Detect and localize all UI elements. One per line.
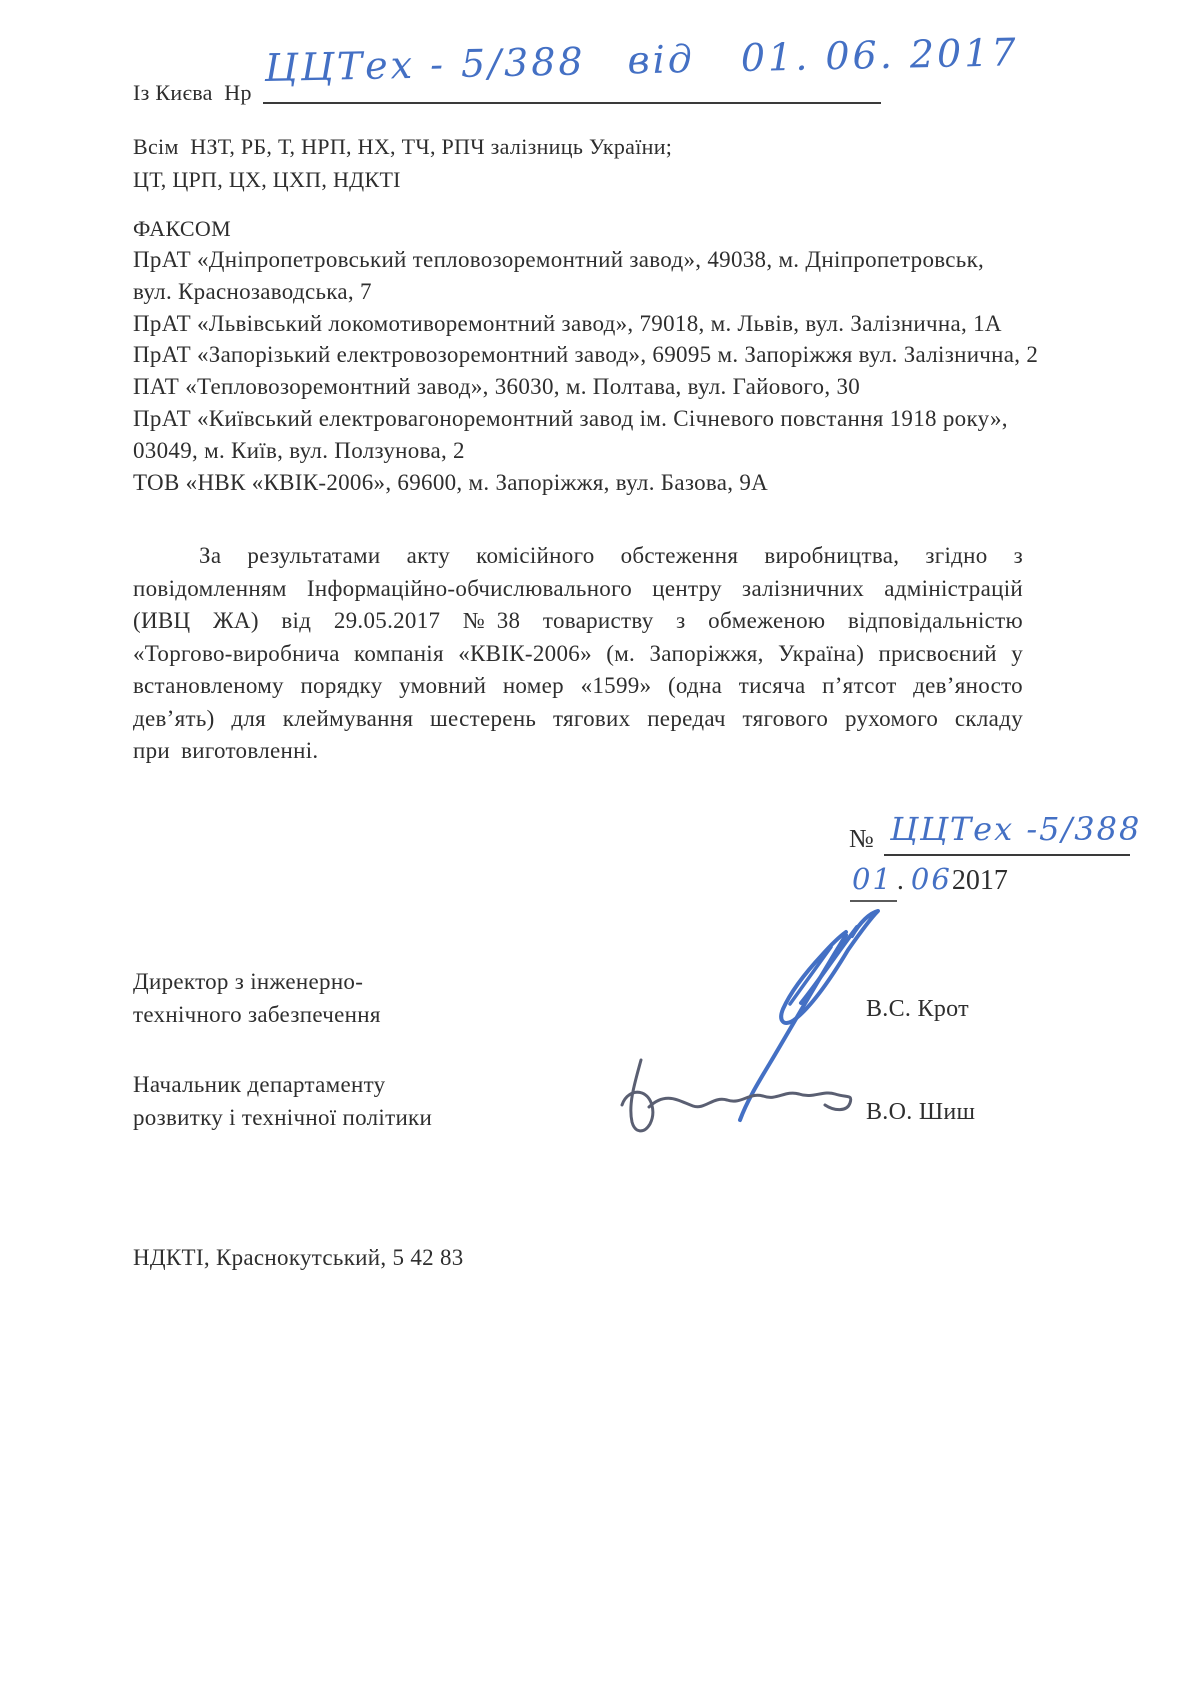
signer-1-title-line-2: технічного забезпечення	[133, 998, 381, 1031]
footer-contact: НДКТІ, Краснокутський, 5 42 83	[133, 1242, 464, 1274]
scanned-letter-page: Із Києва Нр ЦЦТех - 5/388від01. 06. 2017…	[0, 0, 1200, 1698]
addressee-line: вул. Краснозаводська, 7	[133, 276, 1038, 308]
addressee-line: ТОВ «НВК «КВІК-2006», 69600, м. Запоріжж…	[133, 467, 1038, 499]
krot-signature-stroke	[801, 927, 857, 1003]
addressee-line: 03049, м. Київ, вул. Ползунова, 2	[133, 435, 1038, 467]
hand-gap-2	[695, 71, 741, 72]
date-separator: .	[897, 865, 911, 896]
signer-1-name: В.С. Крот	[866, 996, 969, 1023]
date-line: 01. 062017	[850, 862, 1008, 902]
origin-from-label: Із Києва Нр	[133, 76, 252, 109]
addressee-line: ПрАТ «Львівський локомотиворемонтний зав…	[133, 308, 1038, 340]
addressee-line: ПрАТ «Дніпропетровський тепловозоремонтн…	[133, 244, 1038, 276]
handwritten-ref-number: ЦЦТех - 5/388	[264, 39, 586, 90]
shysh-signature	[622, 1060, 851, 1131]
hand-gap-1	[586, 73, 628, 74]
number-underline	[884, 854, 1130, 856]
signer-2-title-line-2: розвитку і технічної політики	[133, 1101, 432, 1134]
reference-underline	[263, 102, 881, 104]
handwritten-date-day: 01	[852, 862, 893, 896]
addressee-list: ПрАТ «Дніпропетровський тепловозоремонтн…	[133, 244, 1038, 498]
signer-1-title-line-1: Директор з інженерно-	[133, 965, 363, 998]
handwritten-date-top: 01. 06. 2017	[740, 30, 1019, 80]
addressee-line: ПрАТ «Запорізький електровозоремонтний з…	[133, 339, 1038, 371]
addressee-line: ПрАТ «Київський електровагоноремонтний з…	[133, 403, 1038, 435]
signer-2-title-line-1: Начальник департаменту	[133, 1068, 385, 1101]
recipients-line-2: ЦТ, ЦРП, ЦХ, ЦХП, НДКТІ	[133, 163, 401, 196]
handwritten-vid-word: від	[627, 37, 695, 82]
recipients-line-1: Всім НЗТ, РБ, Т, НРП, НХ, ТЧ, РПЧ залізн…	[133, 130, 672, 163]
number-sign: №	[849, 824, 874, 854]
signer-2-name: В.О. Шиш	[866, 1099, 975, 1126]
date-year: 2017	[952, 865, 1008, 896]
krot-signature	[740, 911, 878, 1120]
handwritten-date-month: 06	[911, 862, 952, 896]
krot-signature-stroke	[781, 911, 878, 1023]
krot-signature-tail	[740, 935, 846, 1120]
fax-label: ФАКСОМ	[133, 212, 231, 245]
handwritten-reference-top: ЦЦТех - 5/388від01. 06. 2017	[264, 30, 1019, 90]
shysh-signature-stroke	[622, 1060, 653, 1131]
addressee-line: ПАТ «Тепловозоремонтний завод», 36030, м…	[133, 371, 1038, 403]
handwritten-reference-number: ЦЦТех -5/388	[890, 810, 1141, 848]
shysh-signature-stroke	[649, 1093, 851, 1110]
krot-signature-stroke	[790, 947, 831, 1004]
body-paragraph: За результатами акту комісійного обстеже…	[133, 540, 1023, 768]
